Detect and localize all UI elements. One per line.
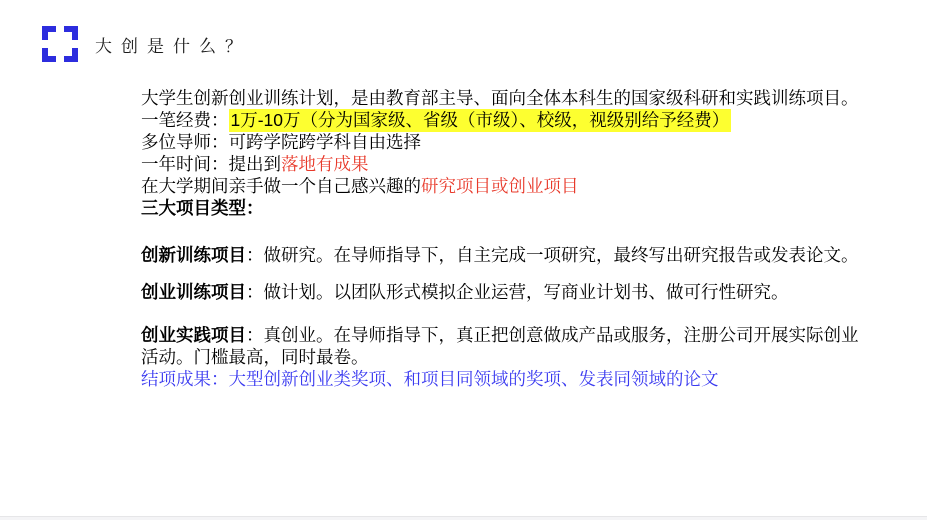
outcome-line: 结项成果：大型创新创业类奖项、和项目同领域的奖项、发表同领域的论文 <box>141 368 866 390</box>
funding-label: 一笔经费： <box>141 110 229 130</box>
focus-corner-top-left <box>42 26 56 40</box>
slide-body: 大学生创新创业训练计划，是由教育部主导、面向全体本科生的国家级科研和实践训练项目… <box>141 87 866 390</box>
types-heading: 三大项目类型： <box>141 197 866 219</box>
focus-corner-bottom-left <box>42 48 56 62</box>
project-type-description: ：做计划。以团队形式模拟企业运营，写商业计划书、做可行性研究。 <box>246 282 789 302</box>
page-title: 大创是什么？ <box>95 32 251 57</box>
project-type-name: 创业实践项目 <box>141 325 246 345</box>
project-type-entrepreneurship-training: 创业训练项目：做计划。以团队形式模拟企业运营，写商业计划书、做可行性研究。 <box>141 281 866 303</box>
focus-corners-icon <box>42 26 78 62</box>
experience-line: 在大学期间亲手做一个自己感兴趣的研究项目或创业项目 <box>141 175 866 197</box>
experience-emphasis: 研究项目或创业项目 <box>421 176 579 196</box>
intro-text: 大学生创新创业训练计划，是由教育部主导、面向全体本科生的国家级科研和实践训练项目… <box>141 87 866 109</box>
project-type-description: ：做研究。在导师指导下，自主完成一项研究，最终写出研究报告或发表论文。 <box>246 245 859 265</box>
bottom-edge-strip <box>0 516 927 520</box>
experience-prefix: 在大学期间亲手做一个自己感兴趣的 <box>141 176 421 196</box>
project-type-description: ：真创业。在导师指导下，真正把创意做成产品或服务，注册公司开展实际创业活动。门槛… <box>141 325 859 367</box>
funding-line: 一笔经费：1万-10万（分为国家级、省级（市级）、校级，视级别给予经费） <box>141 109 866 131</box>
duration-emphasis: 落地有成果 <box>281 154 369 174</box>
project-type-name: 创业训练项目 <box>141 282 246 302</box>
slide: 大创是什么？ 大学生创新创业训练计划，是由教育部主导、面向全体本科生的国家级科研… <box>0 0 927 520</box>
duration-line: 一年时间：提出到落地有成果 <box>141 153 866 175</box>
focus-corner-top-right <box>64 26 78 40</box>
focus-corner-bottom-right <box>64 48 78 62</box>
duration-prefix: 一年时间：提出到 <box>141 154 281 174</box>
mentors-line: 多位导师：可跨学院跨学科自由选择 <box>141 131 866 153</box>
project-type-innovation-training: 创新训练项目：做研究。在导师指导下，自主完成一项研究，最终写出研究报告或发表论文… <box>141 244 866 266</box>
project-type-entrepreneurship-practice: 创业实践项目：真创业。在导师指导下，真正把创意做成产品或服务，注册公司开展实际创… <box>141 324 866 368</box>
funding-highlight: 1万-10万（分为国家级、省级（市级）、校级，视级别给予经费） <box>229 109 732 132</box>
slide-header: 大创是什么？ <box>42 26 251 62</box>
project-type-name: 创新训练项目 <box>141 245 246 265</box>
